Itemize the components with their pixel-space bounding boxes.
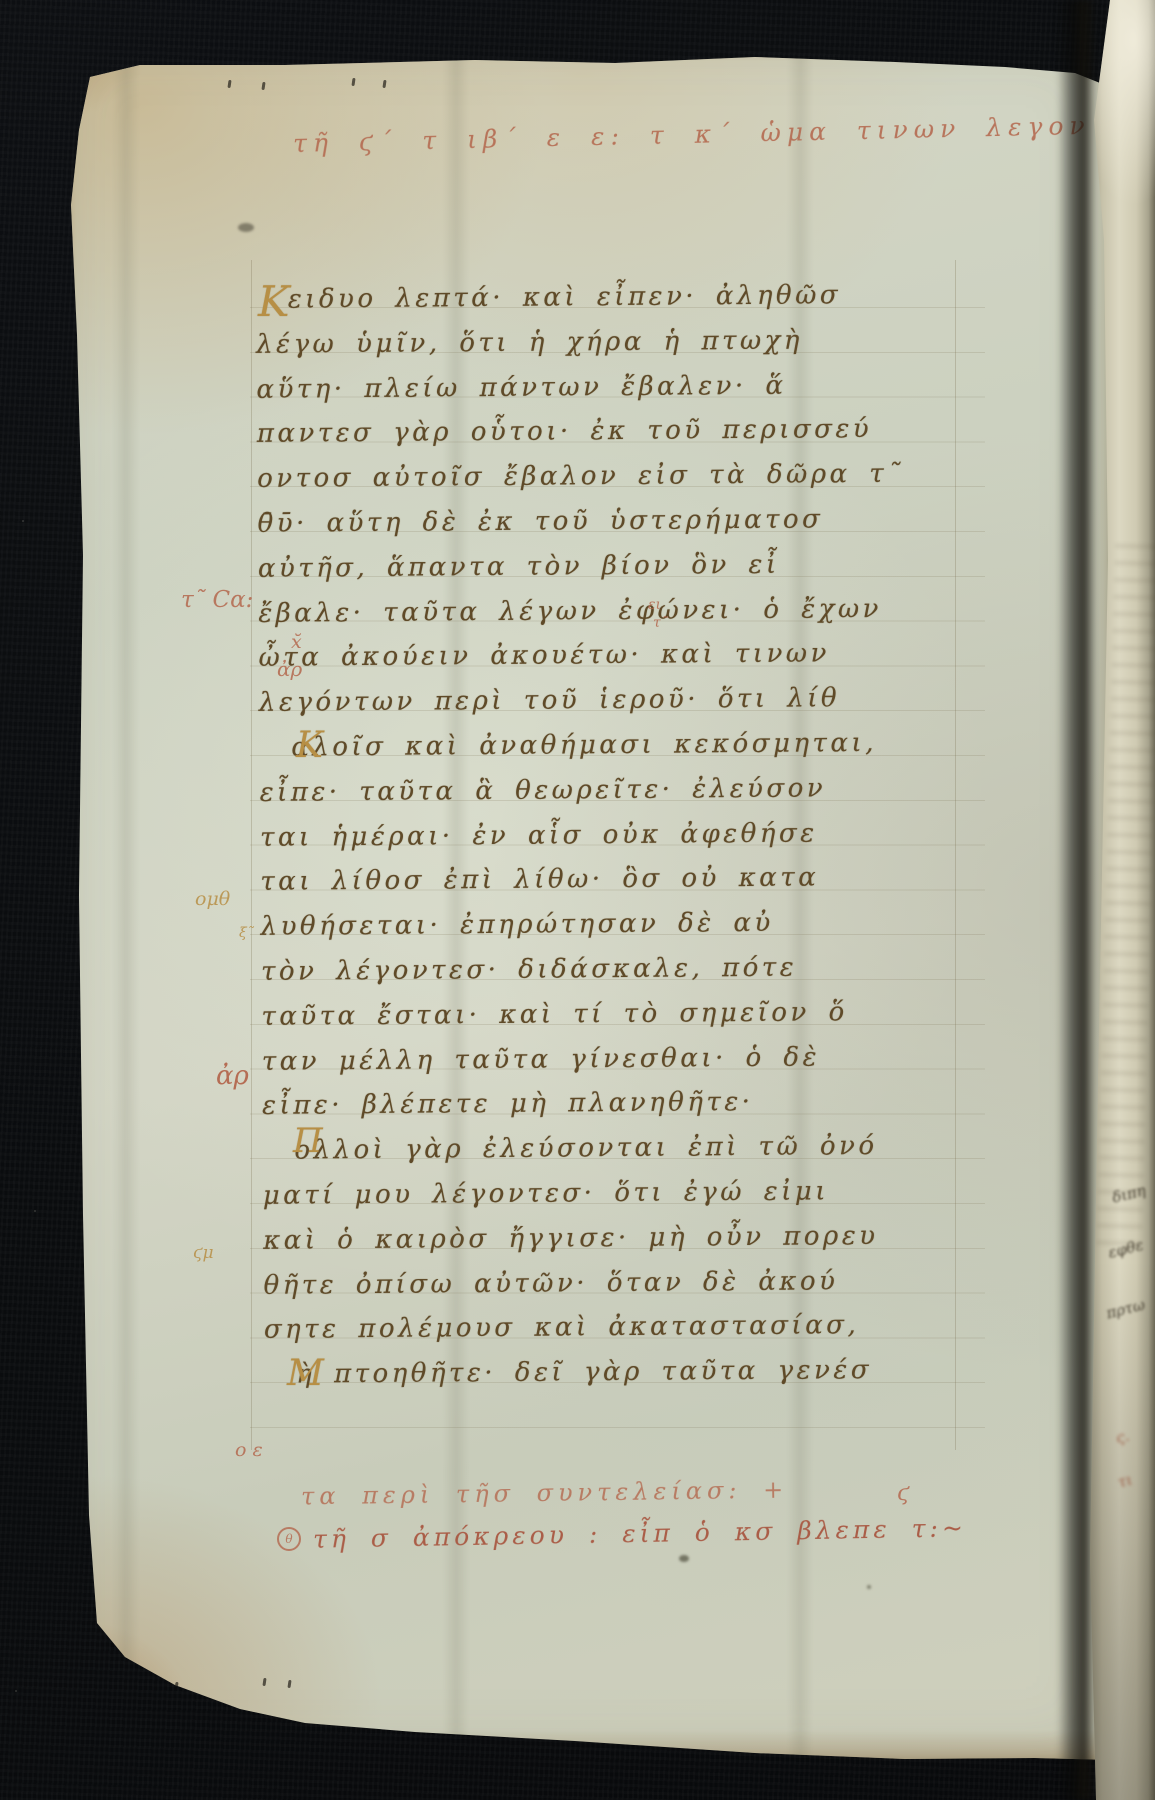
lection-number-mark: θ <box>277 1527 301 1551</box>
inline-rubric-mark: τ῀ <box>653 615 668 631</box>
facing-page-scribble: πρτω <box>1104 1296 1146 1323</box>
manuscript-photo: τῆ ϛ´ τ ιβ´ ε ε: τ κ´ ὡμα τινων λεγον πε… <box>0 0 1155 1800</box>
text-line: ματί μου λέγοντεσ· ὅτι ἐγώ εἰμι <box>263 1168 983 1218</box>
text-line: λέγω ὑμῖν, ὅτι ἡ χήρα ἡ πτωχὴ <box>256 317 976 367</box>
text-line: καὶ ὁ καιρὸσ ἤγγισε· μὴ οὖν πορευ <box>263 1213 983 1263</box>
ink-smudge <box>238 223 254 232</box>
initial-letter: Μ <box>287 1353 324 1394</box>
pricking-mark <box>174 1682 178 1690</box>
arche-mark: ἀρ <box>277 657 302 681</box>
text-line: ταν μέλλη ταῦτα γίνεσθαι· ὁ δὲ <box>262 1034 982 1084</box>
pricking-mark <box>382 80 386 88</box>
pricking-mark <box>261 82 265 90</box>
dust-speck <box>22 520 24 522</box>
text-line: οντοσ αὐτοῖσ ἔβαλον εἰσ τὰ δῶρα τ῀ <box>257 451 977 501</box>
lection-incipit-rubric: τῆ σ ἀπόκρεου : εἶπ ὁ κσ βλεπε τ:~ <box>313 1513 967 1553</box>
text-line: αλοῖσ καὶ ἀναθήμασι κεκόσμηται, <box>259 720 979 770</box>
marginal-note: ξ῀ <box>239 925 254 941</box>
colophon-rubric: τα περὶ τῆσ συντελείασ: + <box>301 1476 789 1511</box>
marginal-note: ομθ <box>195 888 230 910</box>
text-line: σητε πολέμουσ καὶ ἀκαταστασίασ, <box>264 1302 984 1352</box>
dust-speck <box>34 1210 36 1212</box>
ink-smudge <box>679 1555 689 1562</box>
marginal-note: ο ε <box>235 1439 263 1461</box>
initial-letter: Π <box>293 1121 323 1161</box>
ruling-line-vertical <box>251 260 252 1450</box>
pricking-mark <box>351 78 355 86</box>
text-line: αὕτη· πλείω πάντων ἔβαλεν· ἅ <box>256 362 976 412</box>
dust-speck <box>15 1690 17 1692</box>
initial-letter: Κ <box>258 277 289 326</box>
text-line: ὴ πτοηθῆτε· δεῖ γὰρ ταῦτα γενέσ <box>264 1347 984 1397</box>
pricking-mark <box>262 1678 266 1686</box>
text-line: ται λίθοσ ἐπὶ λίθω· ὃσ οὐ κατα <box>260 855 980 905</box>
parchment-page: τῆ ϛ´ τ ιβ´ ε ε: τ κ´ ὡμα τινων λεγον πε… <box>55 35 1110 1760</box>
text-line: τὸν λέγοντεσ· διδάσκαλε, πότε <box>261 944 981 994</box>
text-line: παντεσ γὰρ οὗτοι· ἐκ τοῦ περισσεύ <box>257 407 977 457</box>
telos-mark: τ῀ Ϲα: <box>181 587 253 613</box>
text-line: θῆτε ὀπίσω αὐτῶν· ὅταν δὲ ἀκού <box>263 1258 983 1308</box>
text-line: θ̄ῡ· αὕτη δὲ ἐκ τοῦ ὑστερήματοσ <box>257 496 977 546</box>
facing-page-scribble: ς. <box>1114 1427 1131 1448</box>
parchment-crease <box>113 35 139 1760</box>
pricking-mark <box>149 1680 153 1688</box>
facing-page-scribble: τι <box>1116 1471 1134 1492</box>
marginal-note: ϛμ <box>193 1243 214 1263</box>
text-column: ειδυο λεπτά· καὶ εἶπεν· ἀληθῶσ λέγω ὑμῖν… <box>256 272 985 1398</box>
pricking-mark <box>227 80 231 88</box>
text-line: αὐτῆσ, ἅπαντα τὸν βίον ὃν εἶ <box>258 541 978 591</box>
text-line: ται ἡμέραι· ἐν αἷσ οὐκ ἀφεθήσε <box>260 810 980 860</box>
text-line: ἔβαλε· ταῦτα λέγων ἐφώνει· ὁ ἔχων <box>258 586 978 636</box>
pricking-mark <box>287 1680 291 1688</box>
initial-letter: Κ <box>296 725 323 766</box>
lection-title-rubric: τῆ ϛ´ τ ιβ´ ε ε: τ κ´ ὡμα τινων λεγον πε… <box>293 113 993 158</box>
cross-mark: x̆ <box>291 631 302 653</box>
arche-mark: ἀρ <box>216 1061 249 1091</box>
text-line: λεγόντων περὶ τοῦ ἱεροῦ· ὅτι λίθ <box>259 675 979 725</box>
text-line: εἶπε· βλέπετε μὴ πλανηθῆτε· <box>262 1079 982 1129</box>
text-line: ταῦτα ἔσται· καὶ τί τὸ σημεῖον ὅ <box>261 989 981 1039</box>
inline-rubric-mark: ει <box>648 597 661 613</box>
text-line: ειδυο λεπτά· καὶ εἶπεν· ἀληθῶσ <box>256 272 976 322</box>
text-line: ολλοὶ γὰρ ἐλεύσονται ἐπὶ τῶ ὀνό <box>262 1123 982 1173</box>
text-line: λυθήσεται· ἐπηρώτησαν δὲ αὐ <box>261 899 981 949</box>
text-line: ὦτα ἀκούειν ἀκουέτω· καὶ τινων <box>258 631 978 681</box>
marginal-note: ϛ <box>897 1481 909 1506</box>
ink-smudge <box>867 1585 871 1589</box>
text-line: εἶπε· ταῦτα ἃ θεωρεῖτε· ἐλεύσον <box>259 765 979 815</box>
